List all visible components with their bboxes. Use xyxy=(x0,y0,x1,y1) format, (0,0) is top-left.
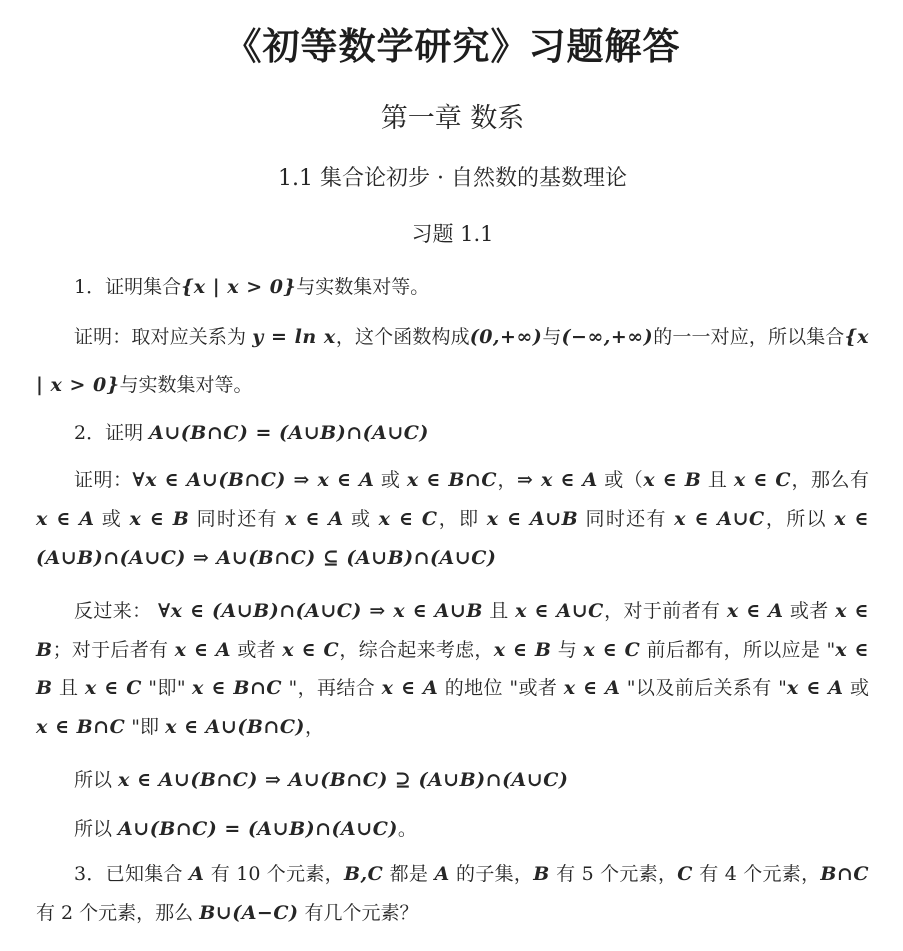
text-run: 或者 xyxy=(231,639,282,661)
math-formula: x ∈ B∩C xyxy=(192,677,282,699)
text-run: 所以 xyxy=(74,818,118,840)
text-run: 同时还有 xyxy=(578,508,674,530)
math-formula: (−∞,+∞) xyxy=(562,326,654,348)
text-run: ，这个函数构成 xyxy=(336,326,470,348)
text-run: 有 4 个元素， xyxy=(693,863,821,885)
text-run: ，对于前者有 xyxy=(604,600,727,622)
math-formula: x ∈ A∪(B∩C) xyxy=(165,716,305,738)
math-formula: x ∈ B∩C xyxy=(407,469,497,491)
exercise-body: 1．证明集合{x | x > 0}与实数集对等。 证明：取对应关系为 y = l… xyxy=(36,268,869,933)
math-formula: (0,+∞) xyxy=(470,326,543,348)
text-run: 有 10 个元素， xyxy=(204,863,344,885)
math-formula: x ∈ A∪B xyxy=(487,508,578,530)
text-run: 与 xyxy=(551,639,583,661)
math-formula: x ∈ B∩C xyxy=(36,716,125,738)
math-formula: A∪(B∩C) = (A∪B)∩(A∪C) xyxy=(149,422,429,444)
text-run: 前后都有，所以应是 " xyxy=(640,639,835,661)
math-formula: ⇒ x ∈ A xyxy=(517,469,598,491)
math-formula: x ∈ B xyxy=(129,508,189,530)
math-formula: x ∈ C xyxy=(734,469,791,491)
text-run: 有几个元素？ xyxy=(298,902,418,924)
text-run: ，所以 xyxy=(765,508,835,530)
section-heading: 1.1 集合论初步 · 自然数的基数理论 xyxy=(36,161,869,192)
exercise-heading: 习题 1.1 xyxy=(36,218,869,248)
text-run: 或 xyxy=(94,508,129,530)
text-run: "即" xyxy=(142,677,192,699)
math-formula: A xyxy=(189,863,204,885)
math-formula: ∀x ∈ (A∪B)∩(A∪C) ⇒ x ∈ A∪B xyxy=(158,600,483,622)
math-formula: x ∈ B xyxy=(643,469,701,491)
text-run: 都是 xyxy=(383,863,434,885)
problem-2-conclusion-1: 所以 x ∈ A∪(B∩C) ⇒ A∪(B∩C) ⊇ (A∪B)∩(A∪C) xyxy=(36,761,869,800)
text-run: 或 xyxy=(844,677,869,699)
text-run: "即 xyxy=(125,716,165,738)
text-run: 或 xyxy=(374,469,407,491)
math-formula: x ∈ B xyxy=(494,639,552,661)
problem-3-statement: 3．已知集合 A 有 10 个元素，B,C 都是 A 的子集，B 有 5 个元素… xyxy=(36,855,869,933)
problem-1-statement: 1．证明集合{x | x > 0}与实数集对等。 xyxy=(36,268,869,307)
text-run: ， xyxy=(497,469,517,491)
text-run: 同时还有 xyxy=(189,508,285,530)
text-run: 。 xyxy=(398,818,417,840)
math-formula: x ∈ A∪C xyxy=(674,508,765,530)
text-run: 且 xyxy=(53,677,85,699)
math-formula: x ∈ A xyxy=(787,677,844,699)
text-run: 有 5 个元素， xyxy=(550,863,678,885)
text-run: ， xyxy=(305,716,324,738)
math-formula: x ∈ C xyxy=(379,508,438,530)
text-run: 有 2 个元素，那么 xyxy=(36,902,199,924)
text-run: "以及前后关系有 " xyxy=(620,677,787,699)
text-run: 与实数集对等。 xyxy=(119,374,252,396)
document-title: 《初等数学研究》习题解答 xyxy=(36,16,869,70)
math-formula: x ∈ A xyxy=(382,677,439,699)
math-formula: A xyxy=(434,863,449,885)
math-formula: x ∈ A xyxy=(36,508,94,530)
text-run: 且 xyxy=(701,469,734,491)
problem-2-proof-reverse: 反过来： ∀x ∈ (A∪B)∩(A∪C) ⇒ x ∈ A∪B 且 x ∈ A∪… xyxy=(36,592,869,748)
text-run: "，再结合 xyxy=(282,677,382,699)
math-formula: A∪(B∩C) = (A∪B)∩(A∪C) xyxy=(118,818,398,840)
math-formula: C xyxy=(677,863,693,885)
text-run: 反过来： xyxy=(74,600,158,622)
chapter-heading: 第一章 数系 xyxy=(36,96,869,135)
math-formula: x ∈ C xyxy=(282,639,339,661)
document-page: 《初等数学研究》习题解答 第一章 数系 1.1 集合论初步 · 自然数的基数理论… xyxy=(0,0,903,933)
text-run: ，即 xyxy=(438,508,487,530)
math-formula: x ∈ A xyxy=(175,639,231,661)
text-run: 3．已知集合 xyxy=(74,863,189,885)
problem-1-proof: 证明：取对应关系为 y = ln x，这个函数构成(0,+∞)与(−∞,+∞)的… xyxy=(36,313,869,410)
math-formula: B∪(A−C) xyxy=(199,902,298,924)
text-run: 的一一对应，所以集合 xyxy=(653,326,844,348)
math-formula: B,C xyxy=(344,863,383,885)
math-formula: x ∈ A xyxy=(285,508,343,530)
text-run: 的子集， xyxy=(450,863,533,885)
text-run: 且 xyxy=(483,600,515,622)
text-run: 或 xyxy=(344,508,379,530)
math-formula: x ∈ A∪(B∩C) ⇒ A∪(B∩C) ⊇ (A∪B)∩(A∪C) xyxy=(118,769,568,791)
math-formula: x ∈ C xyxy=(583,639,640,661)
text-run: 的地位 "或者 xyxy=(438,677,563,699)
math-formula: B∩C xyxy=(820,863,869,885)
problem-2-conclusion-2: 所以 A∪(B∩C) = (A∪B)∩(A∪C)。 xyxy=(36,810,869,849)
math-formula: {x | x > 0} xyxy=(181,276,296,298)
math-formula: ∀x ∈ A∪(B∩C) ⇒ x ∈ A xyxy=(132,469,374,491)
problem-2-statement: 2．证明 A∪(B∩C) = (A∪B)∩(A∪C) xyxy=(36,414,869,453)
text-run: 1．证明集合 xyxy=(74,276,181,298)
text-run: ，那么有 xyxy=(791,469,869,491)
math-formula: y = ln x xyxy=(252,326,336,348)
text-run: 所以 xyxy=(74,769,118,791)
text-run: 证明：取对应关系为 xyxy=(74,326,252,348)
math-formula: x ∈ C xyxy=(85,677,142,699)
math-formula: B xyxy=(533,863,550,885)
math-formula: x ∈ A∪C xyxy=(515,600,604,622)
problem-2-proof-forward: 证明：∀x ∈ A∪(B∩C) ⇒ x ∈ A 或 x ∈ B∩C，⇒ x ∈ … xyxy=(36,461,869,578)
text-run: 证明： xyxy=(74,469,132,491)
math-formula: x ∈ A xyxy=(564,677,621,699)
text-run: 与 xyxy=(542,326,561,348)
math-formula: x ∈ A xyxy=(727,600,784,622)
text-run: 或者 xyxy=(783,600,835,622)
text-run: 2．证明 xyxy=(74,422,149,444)
text-run: ，综合起来考虑， xyxy=(339,639,494,661)
text-run: 与实数集对等。 xyxy=(296,276,429,298)
text-run: 或（ xyxy=(598,469,643,491)
text-run: ；对于后者有 xyxy=(53,639,175,661)
